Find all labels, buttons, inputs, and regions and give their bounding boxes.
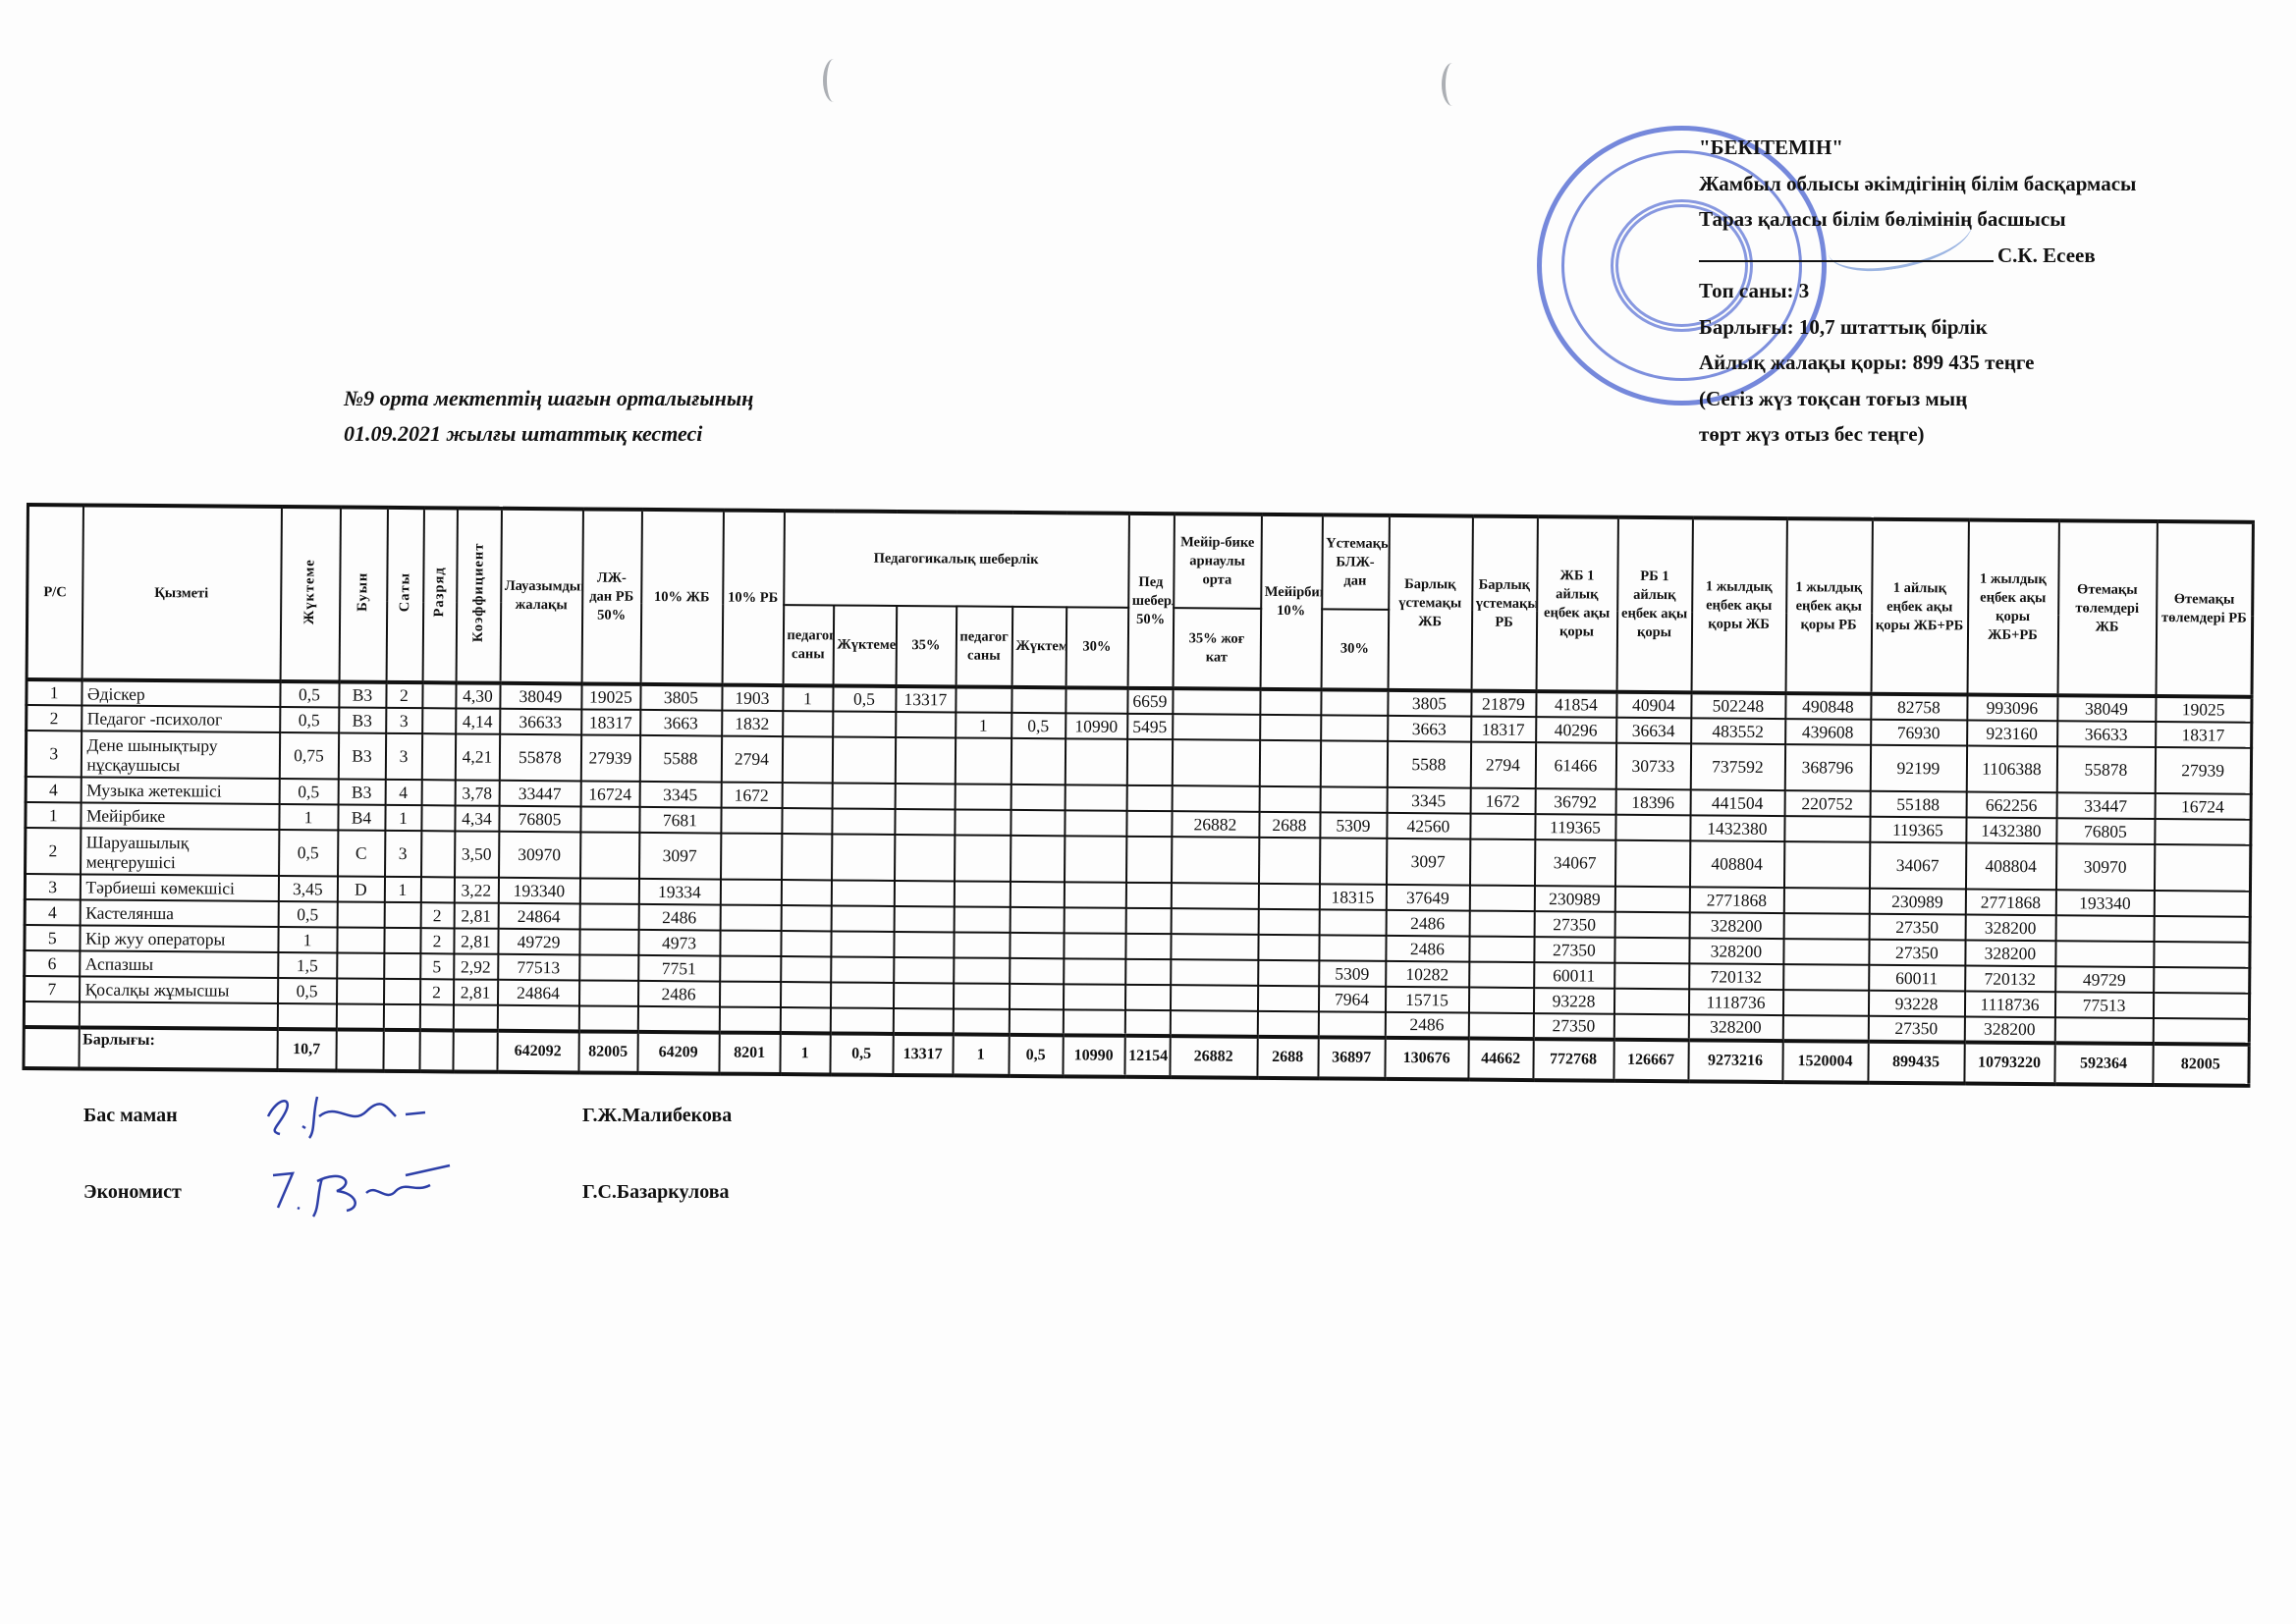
cell-tier: B3 bbox=[339, 708, 386, 733]
cell-ped-load-1 bbox=[832, 834, 895, 881]
cell-ped-count-2 bbox=[955, 835, 1011, 881]
cell-comp-rb: 82005 bbox=[2153, 1044, 2249, 1086]
cell-pct10-jb: 5588 bbox=[639, 735, 721, 783]
cell-pct10-rb bbox=[720, 931, 781, 956]
header-bonus-blj-sub: 30% bbox=[1321, 609, 1389, 690]
table-body: 1Әдіскер0,5B324,3038049190253805190310,5… bbox=[24, 679, 2252, 1086]
cell-level bbox=[383, 1030, 419, 1071]
cell-nurse-avg bbox=[1171, 883, 1258, 909]
cell-pct10-rb bbox=[720, 956, 781, 982]
cell-rs bbox=[24, 1001, 79, 1027]
cell-bonus-blj bbox=[1319, 935, 1386, 961]
cell-comp-jb: 49729 bbox=[2055, 966, 2154, 993]
cell-load bbox=[277, 1003, 336, 1029]
cell-ped-count-2 bbox=[953, 983, 1009, 1008]
cell-total-bonus-rb bbox=[1469, 911, 1534, 938]
cell-pct30 bbox=[1065, 810, 1126, 836]
cell-position: Педагог -психолог bbox=[82, 705, 280, 732]
cell-ljd-rb: 82005 bbox=[578, 1031, 637, 1072]
cell-annual-rb: 490848 bbox=[1785, 693, 1871, 720]
cell-annual-rb bbox=[1783, 841, 1869, 889]
header-ped-mastery-50: Пед шеберлік 50% bbox=[1127, 514, 1174, 688]
cell-nurse-10 bbox=[1257, 1011, 1318, 1037]
cell-nurse-10 bbox=[1258, 884, 1319, 909]
header-comp-rb: Өтемақы төлемдері РБ bbox=[2156, 521, 2253, 697]
cell-comp-jb: 55878 bbox=[2056, 746, 2155, 793]
cell-coef: 4,21 bbox=[455, 733, 499, 780]
header-pct10-rb: 10% РБ bbox=[722, 511, 784, 685]
approval-signatory: С.К. Есеев bbox=[1997, 244, 2096, 267]
header-total-bonus-rb: Барлық үстемақы РБ bbox=[1471, 516, 1537, 692]
cell-annual-rb bbox=[1784, 816, 1870, 842]
cell-load: 0,5 bbox=[278, 901, 337, 927]
cell-position bbox=[79, 1001, 277, 1029]
cell-bonus-blj: 7964 bbox=[1318, 986, 1385, 1012]
cell-pct10-rb: 1903 bbox=[722, 685, 783, 711]
cell-annual-total: 662256 bbox=[1966, 792, 2056, 819]
cell-ped-count-1 bbox=[782, 736, 832, 783]
cell-annual-jb: 737592 bbox=[1690, 743, 1784, 790]
cell-ped-mastery-50: 5495 bbox=[1127, 714, 1173, 739]
cell-level bbox=[383, 979, 419, 1004]
cell-comp-rb bbox=[2154, 967, 2250, 994]
cell-jb-monthly: 230989 bbox=[1534, 886, 1614, 912]
cell-jb-monthly: 119365 bbox=[1535, 814, 1615, 840]
cell-ped-mastery-50 bbox=[1124, 985, 1170, 1010]
cell-monthly-total: 82758 bbox=[1871, 694, 1967, 721]
cell-bonus-blj: 36897 bbox=[1318, 1037, 1385, 1079]
cell-nurse-avg bbox=[1173, 688, 1260, 715]
cell-ped-load-2 bbox=[1011, 836, 1065, 882]
signature-line bbox=[1699, 260, 1994, 262]
cell-bonus-blj: 5309 bbox=[1319, 960, 1386, 987]
cell-rb-monthly bbox=[1614, 887, 1689, 913]
cell-pct10-jb: 3663 bbox=[640, 710, 722, 736]
cell-level: 3 bbox=[385, 733, 421, 780]
cell-coef: 2,81 bbox=[454, 902, 498, 928]
cell-nurse-10 bbox=[1259, 740, 1320, 786]
header-annual-rb: 1 жылдық еңбек ақы қоры РБ bbox=[1785, 518, 1872, 694]
cell-annual-rb bbox=[1783, 913, 1869, 940]
cell-total-bonus-rb bbox=[1468, 988, 1533, 1014]
cell-ped-mastery-50 bbox=[1125, 934, 1171, 959]
cell-pct35 bbox=[894, 957, 954, 983]
cell-bonus-blj: 5309 bbox=[1320, 812, 1387, 839]
cell-comp-jb: 38049 bbox=[2057, 695, 2156, 722]
cell-ped-count-1 bbox=[782, 834, 832, 880]
cell-bonus-blj bbox=[1321, 715, 1388, 741]
cell-jb-monthly: 27350 bbox=[1534, 937, 1614, 963]
cell-nurse-10 bbox=[1258, 960, 1319, 986]
cell-total-bonus-jb: 3097 bbox=[1386, 839, 1469, 886]
cell-rb-monthly: 126667 bbox=[1613, 1040, 1688, 1082]
cell-salary: 642092 bbox=[497, 1031, 578, 1073]
cell-rs: 6 bbox=[25, 950, 80, 976]
cell-ped-load-1: 0,5 bbox=[833, 685, 896, 712]
cell-total-bonus-jb: 2486 bbox=[1386, 936, 1469, 962]
cell-nurse-avg bbox=[1171, 908, 1258, 935]
cell-total-bonus-jb: 2486 bbox=[1385, 1012, 1468, 1039]
cell-coef: 3,22 bbox=[454, 877, 498, 902]
header-monthly-total: 1 айлық еңбек ақы қоры ЖБ+РБ bbox=[1871, 519, 1968, 695]
cell-comp-rb bbox=[2155, 819, 2251, 845]
cell-ped-load-2 bbox=[1011, 810, 1065, 836]
cell-pct35 bbox=[894, 881, 954, 906]
cell-ped-count-2: 1 bbox=[953, 1034, 1009, 1075]
cell-ped-count-2 bbox=[954, 881, 1010, 906]
cell-monthly-total: 34067 bbox=[1869, 842, 1965, 890]
cell-pct10-jb: 3097 bbox=[639, 833, 721, 880]
cell-ljd-rb bbox=[580, 832, 639, 878]
cell-ped-load-1 bbox=[833, 711, 896, 737]
cell-tier: B3 bbox=[338, 733, 385, 780]
cell-ped-load-2 bbox=[1011, 687, 1066, 713]
cell-monthly-total: 230989 bbox=[1869, 889, 1965, 915]
cell-pct30 bbox=[1063, 984, 1124, 1009]
cell-pct30: 10990 bbox=[1066, 713, 1127, 738]
cell-total-bonus-rb: 44662 bbox=[1468, 1039, 1533, 1081]
cell-annual-total: 2771868 bbox=[1965, 890, 2055, 916]
cell-comp-rb bbox=[2154, 942, 2250, 968]
cell-total-bonus-rb: 1672 bbox=[1470, 788, 1535, 815]
cell-jb-monthly: 60011 bbox=[1534, 962, 1614, 989]
cell-pct10-jb: 7751 bbox=[638, 955, 720, 982]
cell-rs: 5 bbox=[25, 925, 80, 950]
document-title: №9 орта мектептің шағын орталығының 01.0… bbox=[344, 381, 753, 452]
group-count: Топ саны: 3 bbox=[1699, 273, 2136, 309]
cell-position: Кастелянша bbox=[80, 899, 278, 927]
cell-ljd-rb bbox=[579, 954, 638, 980]
header-nurse-avg: Мейір-бике арнаулы орта bbox=[1174, 514, 1262, 609]
header-pct10-jb: 10% ЖБ bbox=[640, 510, 723, 685]
cell-total-bonus-jb: 10282 bbox=[1386, 961, 1469, 988]
cell-annual-jb: 328200 bbox=[1689, 912, 1783, 939]
header-salary: Лауазымдық жалақы bbox=[500, 509, 582, 684]
cell-comp-jb: 76805 bbox=[2056, 818, 2155, 844]
cell-jb-monthly: 27350 bbox=[1534, 911, 1614, 938]
cell-grade bbox=[421, 733, 455, 780]
cell-salary: 24864 bbox=[498, 903, 579, 930]
header-annual-jb: 1 жылдық еңбек ақы қоры ЖБ bbox=[1691, 517, 1786, 693]
cell-ped-load-2: 0,5 bbox=[1011, 713, 1066, 738]
header-level: Сaты bbox=[386, 508, 423, 682]
cell-tier bbox=[337, 927, 384, 952]
cell-nurse-avg bbox=[1170, 1010, 1257, 1037]
cell-nurse-avg: 26882 bbox=[1172, 811, 1259, 838]
cell-nurse-10 bbox=[1260, 715, 1321, 740]
header-coef: Коэффициент bbox=[456, 508, 501, 682]
cell-load: 0,5 bbox=[279, 830, 338, 876]
header-rb-monthly: РБ 1 айлық еңбек ақы қоры bbox=[1616, 517, 1692, 693]
signature-name: Г.С.Базаркулова bbox=[582, 1181, 730, 1204]
punch-hole-mark bbox=[823, 59, 845, 102]
cell-ped-count-2 bbox=[956, 686, 1011, 712]
cell-rs bbox=[24, 1027, 79, 1068]
cell-load: 3,45 bbox=[278, 876, 337, 901]
cell-position: Шаруашылық меңгерушісі bbox=[81, 828, 279, 876]
cell-ped-load-2 bbox=[1009, 984, 1063, 1009]
cell-annual-jb: 483552 bbox=[1691, 718, 1785, 744]
cell-rb-monthly bbox=[1614, 840, 1689, 888]
cell-tier bbox=[336, 1029, 383, 1070]
cell-annual-jb: 441504 bbox=[1690, 789, 1784, 816]
cell-salary bbox=[497, 1005, 578, 1032]
cell-annual-jb: 328200 bbox=[1688, 1014, 1782, 1041]
cell-ped-count-1 bbox=[780, 1007, 830, 1033]
cell-pct10-jb: 3345 bbox=[639, 782, 721, 808]
cell-comp-jb bbox=[2054, 1017, 2153, 1044]
cell-ped-count-1 bbox=[781, 931, 831, 956]
cell-rs: 7 bbox=[25, 976, 80, 1001]
cell-monthly-total: 60011 bbox=[1869, 965, 1965, 992]
cell-monthly-total: 55188 bbox=[1870, 791, 1966, 818]
cell-total-bonus-jb: 15715 bbox=[1385, 987, 1468, 1013]
cell-coef bbox=[453, 1004, 497, 1030]
cell-total-bonus-jb: 130676 bbox=[1385, 1038, 1468, 1080]
cell-annual-total: 328200 bbox=[1964, 1017, 2054, 1044]
cell-tier: B3 bbox=[338, 780, 385, 805]
cell-annual-rb bbox=[1783, 888, 1869, 914]
cell-nurse-avg bbox=[1172, 739, 1259, 786]
cell-position: Кір жуу операторы bbox=[80, 925, 278, 952]
cell-coef: 2,92 bbox=[454, 953, 498, 979]
cell-pct35 bbox=[895, 809, 955, 835]
cell-salary: 49729 bbox=[498, 929, 579, 955]
cell-salary: 55878 bbox=[499, 734, 580, 782]
cell-annual-jb: 1118736 bbox=[1688, 989, 1782, 1015]
cell-annual-total: 10793220 bbox=[1964, 1043, 2054, 1085]
cell-annual-rb: 439608 bbox=[1785, 719, 1871, 745]
cell-ljd-rb: 16724 bbox=[580, 781, 639, 806]
cell-pct10-rb: 8201 bbox=[719, 1033, 780, 1074]
cell-tier: D bbox=[337, 876, 384, 901]
cell-pct10-rb bbox=[720, 905, 781, 931]
cell-bonus-blj bbox=[1319, 909, 1386, 936]
cell-position: Әдіскер bbox=[82, 679, 280, 707]
header-load: Жүктеме bbox=[280, 507, 340, 681]
cell-ped-load-1 bbox=[832, 808, 895, 835]
cell-ped-count-2 bbox=[954, 932, 1010, 957]
cell-nurse-10 bbox=[1257, 986, 1318, 1011]
cell-comp-rb: 18317 bbox=[2156, 722, 2252, 748]
cell-pct30 bbox=[1064, 836, 1125, 882]
cell-pct30 bbox=[1065, 785, 1126, 810]
cell-total-bonus-rb: 18317 bbox=[1471, 717, 1536, 743]
cell-ped-mastery-50 bbox=[1125, 883, 1171, 908]
cell-monthly-total: 92199 bbox=[1870, 745, 1966, 792]
cell-position: Барлығы: bbox=[79, 1027, 277, 1070]
cell-bonus-blj: 18315 bbox=[1319, 884, 1386, 910]
cell-ped-load-2 bbox=[1010, 907, 1064, 933]
cell-position: Дене шынықтыру нұсқаушысы bbox=[81, 731, 279, 779]
cell-rs: 2 bbox=[27, 705, 82, 731]
signature-name: Г.Ж.Малибекова bbox=[582, 1105, 732, 1127]
cell-rs: 4 bbox=[25, 899, 80, 925]
cell-total-bonus-jb: 37649 bbox=[1386, 885, 1469, 911]
cell-ljd-rb bbox=[579, 878, 638, 903]
cell-pct10-jb: 2486 bbox=[638, 904, 720, 931]
cell-ped-mastery-50 bbox=[1126, 739, 1172, 785]
cell-nurse-avg bbox=[1173, 714, 1260, 740]
cell-annual-total: 408804 bbox=[1965, 843, 2055, 891]
cell-ljd-rb bbox=[579, 903, 638, 929]
cell-grade bbox=[419, 1004, 453, 1030]
cell-annual-rb: 1520004 bbox=[1782, 1041, 1868, 1083]
cell-ped-count-2: 1 bbox=[956, 712, 1011, 737]
cell-annual-rb: 220752 bbox=[1784, 790, 1870, 817]
cell-rb-monthly: 30733 bbox=[1615, 743, 1690, 790]
cell-rb-monthly bbox=[1614, 938, 1689, 964]
cell-tier bbox=[337, 952, 384, 978]
staffing-table: Р/С Қызметі Жүктеме Буын Сaты Разряд Коэ… bbox=[22, 503, 2254, 1088]
cell-ljd-rb: 27939 bbox=[580, 734, 639, 781]
cell-comp-rb bbox=[2154, 844, 2250, 892]
cell-total-bonus-rb bbox=[1468, 1013, 1533, 1040]
cell-annual-jb: 502248 bbox=[1691, 692, 1785, 719]
total-units: Барлығы: 10,7 штаттық бірлік bbox=[1699, 309, 2136, 346]
handwritten-signature-icon bbox=[258, 1087, 455, 1141]
cell-rb-monthly bbox=[1614, 912, 1689, 939]
cell-jb-monthly: 772768 bbox=[1533, 1039, 1613, 1081]
cell-level bbox=[384, 928, 420, 953]
cell-nurse-10 bbox=[1258, 909, 1319, 935]
cell-annual-rb bbox=[1783, 964, 1869, 991]
header-rs: Р/С bbox=[27, 505, 82, 679]
cell-ped-count-1 bbox=[781, 956, 831, 982]
cell-monthly-total: 76930 bbox=[1871, 720, 1967, 746]
cell-nurse-10 bbox=[1258, 935, 1319, 960]
cell-ped-load-2 bbox=[1010, 933, 1064, 958]
cell-ped-load-1: 0,5 bbox=[830, 1033, 893, 1075]
cell-jb-monthly: 27350 bbox=[1533, 1013, 1613, 1040]
header-bonus-blj: Үстемақы БЛЖ-дан bbox=[1322, 514, 1390, 610]
cell-salary: 77513 bbox=[498, 954, 579, 981]
cell-monthly-total: 93228 bbox=[1868, 991, 1964, 1017]
cell-total-bonus-jb: 3345 bbox=[1387, 787, 1470, 814]
cell-rs: 1 bbox=[27, 679, 82, 705]
cell-ped-load-1 bbox=[831, 956, 894, 983]
approval-org: Жамбыл облысы әкімдігінің білім басқарма… bbox=[1699, 166, 2136, 202]
cell-salary: 76805 bbox=[499, 806, 580, 833]
header-ped-load-1: Жүктеме bbox=[833, 605, 897, 686]
cell-ped-load-2 bbox=[1010, 882, 1064, 907]
cell-load: 1 bbox=[279, 804, 338, 830]
cell-annual-jb: 9273216 bbox=[1688, 1040, 1782, 1082]
amount-words-2: төрт жүз отыз бес теңге) bbox=[1699, 416, 2136, 453]
cell-grade bbox=[422, 682, 456, 708]
cell-coef: 4,34 bbox=[455, 805, 499, 831]
cell-nurse-10 bbox=[1260, 689, 1321, 715]
cell-rs: 2 bbox=[26, 828, 81, 874]
cell-pct30 bbox=[1066, 687, 1127, 713]
cell-pct10-rb bbox=[721, 808, 782, 834]
cell-annual-total: 1106388 bbox=[1966, 746, 2056, 793]
header-annual-total: 1 жылдық еңбек ақы қоры ЖБ+РБ bbox=[1967, 520, 2058, 696]
cell-annual-total: 1432380 bbox=[1966, 818, 2056, 844]
cell-rs: 1 bbox=[26, 802, 81, 828]
cell-pct10-jb: 19334 bbox=[638, 879, 720, 905]
approval-block: "БЕКІТЕМІН" Жамбыл облысы әкімдігінің бі… bbox=[1699, 130, 2136, 453]
cell-annual-rb bbox=[1782, 990, 1868, 1016]
cell-total-bonus-rb bbox=[1470, 814, 1535, 840]
cell-grade bbox=[421, 780, 455, 805]
cell-annual-rb bbox=[1782, 1015, 1868, 1042]
cell-jb-monthly: 61466 bbox=[1535, 742, 1615, 789]
cell-ljd-rb: 19025 bbox=[581, 683, 640, 709]
cell-ped-count-2 bbox=[955, 737, 1011, 784]
cell-jb-monthly: 41854 bbox=[1536, 691, 1616, 718]
cell-pct30 bbox=[1065, 738, 1126, 785]
cell-nurse-10 bbox=[1258, 838, 1319, 884]
cell-comp-rb bbox=[2154, 916, 2250, 943]
cell-annual-jb: 408804 bbox=[1689, 840, 1783, 888]
title-line-2: 01.09.2021 жылғы штаттық кестесі bbox=[344, 416, 753, 452]
cell-pct35 bbox=[895, 737, 955, 784]
header-ljd-rb: ЛЖ-дан РБ 50% bbox=[581, 509, 641, 683]
cell-ped-load-1 bbox=[830, 1007, 893, 1034]
cell-ped-count-2 bbox=[954, 906, 1010, 932]
cell-ljd-rb bbox=[578, 1005, 637, 1031]
cell-tier: C bbox=[338, 830, 385, 876]
cell-ped-mastery-50: 12154 bbox=[1124, 1036, 1170, 1077]
cell-pct10-rb: 1832 bbox=[722, 711, 783, 736]
cell-pct35 bbox=[896, 712, 956, 737]
cell-bonus-blj bbox=[1320, 740, 1387, 787]
cell-tier bbox=[337, 901, 384, 927]
cell-annual-total: 720132 bbox=[1965, 966, 2055, 993]
cell-pct10-rb bbox=[720, 880, 781, 905]
header-ped-count-1: педагог саны bbox=[783, 605, 834, 685]
cell-pct30 bbox=[1064, 907, 1125, 933]
cell-coef: 2,81 bbox=[454, 928, 498, 953]
cell-ped-count-1 bbox=[782, 783, 832, 808]
cell-ljd-rb bbox=[578, 980, 637, 1005]
cell-ped-count-1 bbox=[780, 982, 830, 1007]
cell-total-bonus-jb: 2486 bbox=[1386, 910, 1469, 937]
cell-total-bonus-rb: 21879 bbox=[1471, 691, 1536, 718]
cell-ped-load-1 bbox=[832, 783, 895, 809]
monthly-fund: Айлық жалақы қоры: 899 435 теңге bbox=[1699, 345, 2136, 381]
cell-rb-monthly: 36634 bbox=[1616, 718, 1691, 744]
cell-annual-total: 328200 bbox=[1965, 941, 2055, 967]
cell-pct30 bbox=[1064, 882, 1125, 907]
cell-salary: 30970 bbox=[499, 832, 580, 879]
title-line-1: №9 орта мектептің шағын орталығының bbox=[344, 381, 753, 416]
cell-ped-load-2 bbox=[1011, 785, 1065, 810]
cell-ped-mastery-50: 6659 bbox=[1127, 688, 1173, 714]
cell-salary: 33447 bbox=[499, 781, 580, 807]
cell-grade bbox=[421, 805, 455, 831]
cell-coef: 3,50 bbox=[455, 831, 499, 877]
cell-grade: 2 bbox=[420, 902, 454, 928]
cell-position: Қосалқы жұмысшы bbox=[80, 976, 278, 1003]
cell-tier bbox=[337, 978, 384, 1003]
cell-ped-load-1 bbox=[831, 931, 894, 957]
approval-position: Тараз қаласы білім бөлімінің басшысы bbox=[1699, 201, 2136, 238]
cell-pct30 bbox=[1064, 958, 1125, 984]
cell-total-bonus-rb bbox=[1469, 839, 1534, 887]
cell-nurse-avg bbox=[1171, 934, 1258, 960]
cell-pct35 bbox=[895, 835, 955, 881]
cell-pct10-jb: 64209 bbox=[637, 1032, 719, 1074]
cell-ped-load-1 bbox=[831, 905, 894, 932]
cell-comp-jb: 30970 bbox=[2055, 843, 2154, 891]
cell-annual-jb: 2771868 bbox=[1689, 887, 1783, 913]
cell-load: 0,75 bbox=[279, 732, 338, 779]
cell-pct10-jb: 7681 bbox=[639, 807, 721, 834]
cell-nurse-avg: 26882 bbox=[1170, 1036, 1257, 1078]
cell-ljd-rb bbox=[580, 806, 639, 832]
